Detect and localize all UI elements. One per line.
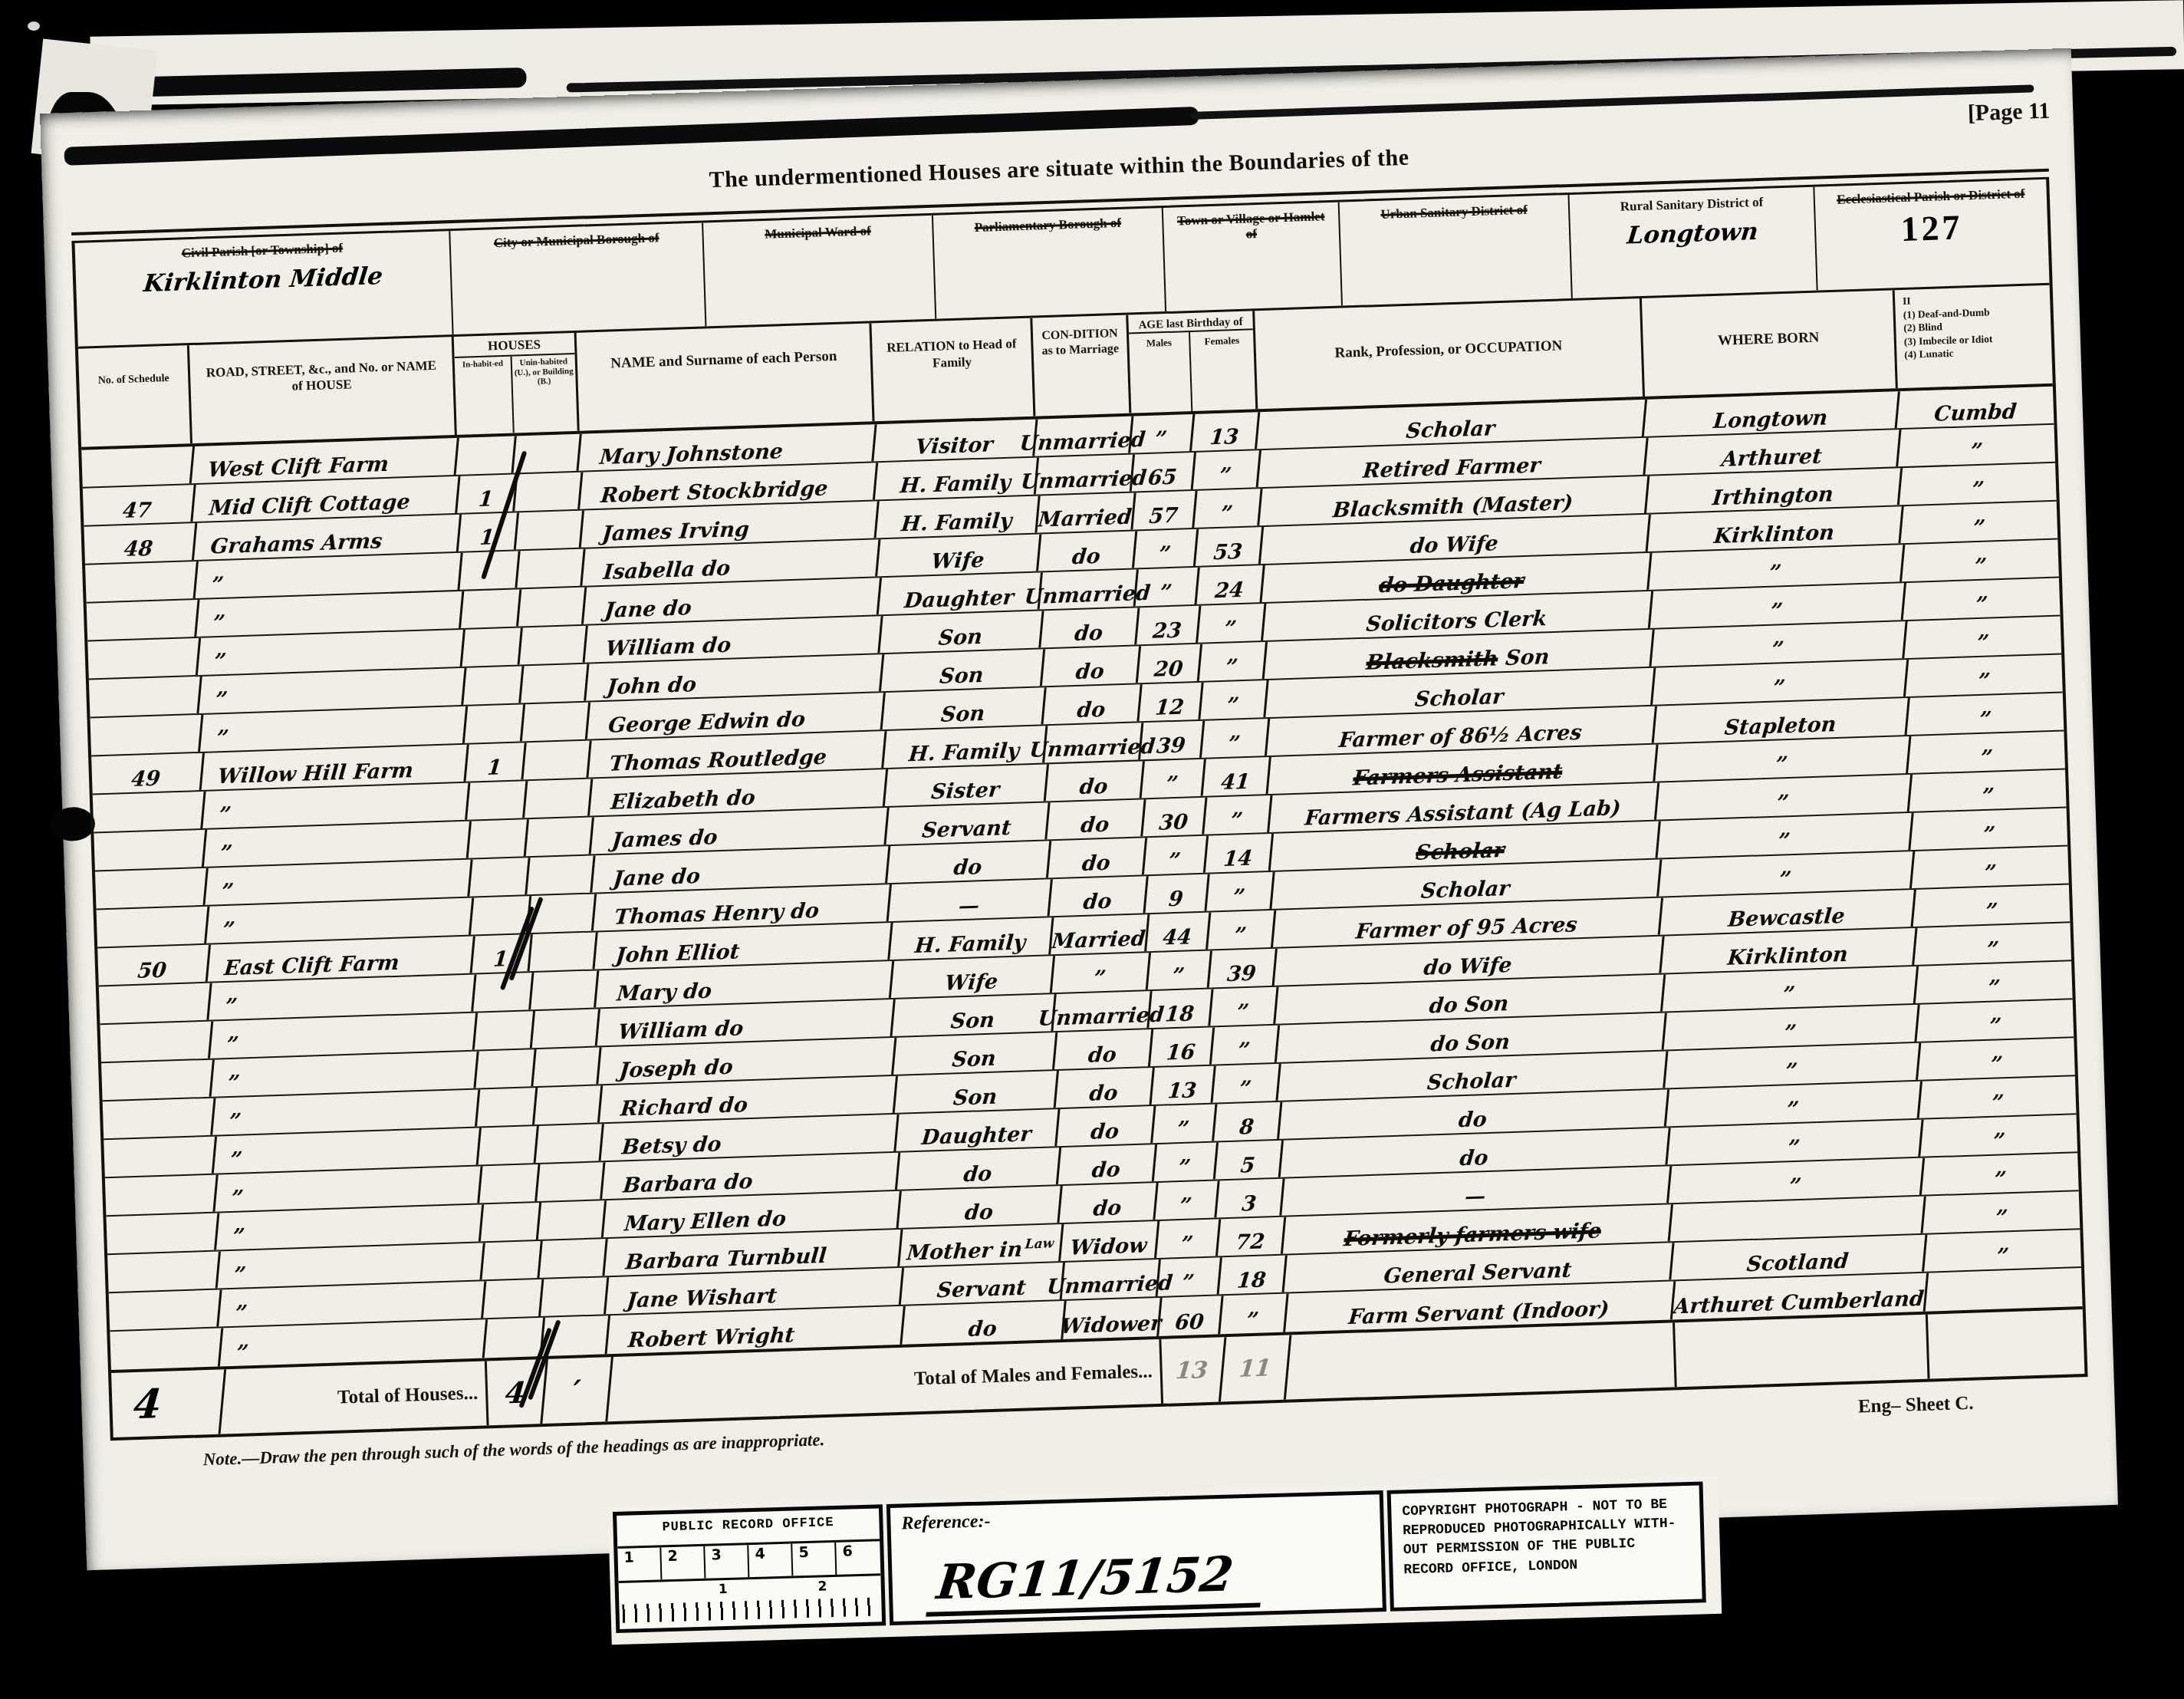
cell-age-female: ” [1202,719,1270,758]
cell-relation: Daughter [896,1109,1060,1151]
cell-where-born: ” [1666,1082,1923,1127]
cell-age-male: ” [1136,568,1200,607]
cell-age-male: 60 [1159,1296,1223,1336]
cell-schedule [84,561,199,602]
ruler-inch-number: 3 [705,1545,749,1579]
cell-uninhabited [527,855,595,894]
header-age: AGE last Birthday of Males Females [1128,311,1258,413]
cell-schedule: 49 [90,753,205,794]
total-uninhabited: ′ [542,1357,613,1424]
cell-relation: Son [893,1032,1057,1075]
cell-infirmity [1926,1268,2084,1312]
cell-relation: do [887,841,1051,883]
copyright-text: COPYRIGHT PHOTOGRAPH - NOT TO BE REPRODU… [1391,1486,1702,1581]
total-males: 13 [1159,1337,1227,1404]
district-box: Urban Sanitary District of [1340,195,1573,306]
district-box-label: Rural Sanitary District of [1569,187,1814,217]
cell-uninhabited [523,740,591,779]
cell-inhabited [469,858,530,897]
reference-stamp: Reference:- RG11/5152 [886,1490,1386,1625]
cell-infirmity: ” [1913,884,2071,927]
cell-age-female: 72 [1218,1217,1286,1256]
cell-schedule [95,907,209,947]
cell-relation: Daughter [879,572,1043,614]
cell-inhabited [456,436,517,475]
cell-age-male: ” [1153,1104,1217,1143]
cell-where-born: ” [1669,1158,1925,1203]
cell-age-female: ” [1210,987,1278,1026]
header-houses-sub: In-habit-ed Unin-habited (U.), or Buildi… [455,354,577,435]
cell-condition: Married [1037,492,1136,532]
cell-condition: Unmarried [1062,1259,1161,1299]
cell-relation: Son [883,687,1047,729]
cell-where-born: Stapleton [1654,698,1910,743]
cell-schedule [107,1289,222,1330]
cell-age-male: 16 [1150,1027,1215,1066]
cell-condition: Unmarried [1044,723,1143,762]
cell-address: ” [216,1204,484,1250]
cell-address: ” [202,783,470,828]
cell-uninhabited [525,779,593,818]
header-females: Females [1190,330,1255,411]
cell-inhabited [465,704,525,743]
cell-schedule [87,638,201,679]
cell-relation: Wife [891,956,1055,998]
cell-age-female: 41 [1203,757,1271,796]
cell-infirmity: ” [1922,1153,2080,1195]
cell-condition: Unmarried [1053,991,1152,1031]
ruler-cm-number: 2 [817,1579,827,1594]
cell-inhabited [477,1088,538,1127]
cell-condition: do [1046,761,1145,801]
cell-inhabited [485,1318,545,1358]
cell-uninhabited [529,932,597,971]
cell-address: ” [212,1089,480,1134]
cell-schedule [97,983,212,1024]
cell-schedule: 50 [97,945,211,986]
cell-where-born: ” [1655,736,1911,782]
header-infirmity: II (1) Deaf-and-Dumb (2) Blind (3) Imbec… [1895,285,2053,388]
cell-relation: Son [895,1071,1059,1113]
cell-uninhabited [531,970,599,1009]
cell-uninhabited [522,702,590,741]
cell-where-born: ” [1665,1043,1921,1088]
district-box: Town or Village or Hamlet of [1163,202,1343,311]
cell-age-male: 65 [1132,453,1196,492]
total-houses-label: Total of Houses... [222,1361,489,1434]
cell-relation: Servant [886,802,1050,845]
cell-condition: Unmarried [1034,416,1133,456]
cell-inhabited: 1 [465,742,526,782]
cell-relation: Mother inLaw [900,1224,1064,1266]
ruler-ticks [622,1597,879,1622]
district-box-label: Ecclesiastical Parish or District of [1814,179,2047,209]
cell-schedule [85,600,199,640]
cell-address: ” [214,1128,482,1173]
cell-infirmity: ” [1906,654,2064,696]
footnote: Note.—Draw the pen through such of the w… [202,1430,824,1471]
cell-relation: Son [881,649,1045,691]
header-road: ROAD, STREET, &c., and No. or NAME of HO… [189,337,457,443]
cell-inhabited: 1 [459,512,519,552]
cell-infirmity: ” [1900,502,2058,544]
district-box-value [1340,224,1569,232]
cell-relation: Sister [885,764,1049,806]
cell-age-male: ” [1142,759,1206,798]
cell-inhabited [482,1241,542,1280]
cell-address: Mid Clift Cottage [192,476,460,522]
cell-schedule [109,1328,223,1370]
cell-condition: do [1054,1029,1153,1069]
census-rows: West Clift Farm Mary Johnstone Visitor U… [81,387,2082,1370]
cell-age-male: 23 [1136,606,1201,645]
cell-address: ” [212,1051,479,1096]
cell-uninhabited [534,1085,603,1124]
district-box: Civil Parish [or Township] of Kirklinton… [74,231,453,347]
cell-address: ” [205,860,472,905]
header-relation: RELATION to Head of Family [871,318,1035,422]
reference-label: Reference:- [901,1511,991,1534]
total-males-females-label: Total of Males and Females... [610,1339,1163,1421]
cell-schedule [107,1251,221,1292]
cell-where-born: ” [1659,851,1915,897]
cell-relation: Visitor [873,419,1038,461]
cell-schedule: 47 [81,485,196,525]
cell-condition: do [1042,646,1141,686]
cell-where-born: Arthuret [1645,430,1901,475]
cell-uninhabited [538,1200,607,1240]
cell-relation: do [902,1301,1066,1345]
header-occupation: Rank, Profession, or OCCUPATION [1255,298,1645,409]
cell-address: ” [196,591,464,637]
cell-where-born: Irthington [1646,468,1903,513]
cell-condition: Married [1051,914,1150,954]
cell-address: ” [206,898,474,943]
cell-where-born: ” [1653,660,1909,705]
cell-uninhabited [526,817,594,856]
district-box-value [704,245,932,252]
cell-age-female: 3 [1216,1179,1284,1218]
cell-inhabited [461,589,521,628]
cell-condition: do [1041,607,1140,647]
cell-infirmity: ” [1918,1038,2076,1080]
cell-infirmity: Cumbd [1897,387,2055,429]
cell-relation: H. Family [883,726,1048,768]
header-males: Males [1129,332,1192,413]
total-schedules: 4 [110,1369,227,1437]
cell-schedule [87,677,202,717]
cell-age-male: ” [1134,529,1199,568]
cell-relation: H. Family [876,496,1040,538]
cell-inhabited [467,781,528,820]
cell-schedule [93,830,207,871]
cell-infirmity: ” [1898,425,2056,467]
cell-condition: do [1059,1183,1158,1223]
header-condition: CON-DITION as to Marriage [1032,315,1131,417]
cell-age-female: ” [1206,872,1275,911]
cell-address: East Clift Farm [208,936,475,981]
cell-age-male: 9 [1145,874,1209,914]
cell-inhabited [462,627,523,667]
header-houses: HOUSES In-habit-ed Unin-habited (U.), or… [454,333,580,435]
ruler-inch-number: 6 [836,1541,880,1575]
cell-address: ” [200,706,468,752]
cell-uninhabited [520,626,588,665]
cell-age-male: ” [1130,414,1195,453]
cell-relation: do [899,1186,1063,1228]
cell-infirmity: ” [1912,846,2070,888]
cell-inhabited [479,1164,540,1203]
header-schedule: No. of Schedule [78,345,192,447]
cell-inhabited [479,1126,539,1165]
cell-age-female: ” [1194,489,1262,528]
cell-age-female: ” [1212,1064,1281,1103]
cell-age-female: 24 [1197,565,1265,604]
cell-schedule [94,868,209,909]
ruler-inch-number: 1 [617,1547,662,1581]
ruler-cm-row: 1 2 [619,1576,882,1626]
cell-inhabited [469,819,529,858]
cell-age-female: ” [1204,795,1272,835]
district-box-label: Town or Village or Hamlet of [1163,202,1339,245]
cell-uninhabited [518,588,587,627]
district-box-label: City or Municipal Borough of [450,222,702,252]
cell-condition: Widower [1063,1298,1162,1339]
cell-where-born: ” [1649,545,1905,590]
cell-inhabited [483,1279,544,1319]
district-box-value: Kirklinton Middle [74,260,452,300]
cell-condition: do [1043,684,1142,724]
cell-where-born: ” [1663,966,1919,1012]
district-box-label: Municipal Ward of [703,216,932,245]
cell-where-born: ” [1667,1120,1923,1165]
cell-schedule [103,1137,217,1177]
pro-ruler-stamp: PUBLIC RECORD OFFICE 123456 1 2 [613,1504,886,1633]
cell-age-male: ” [1155,1180,1219,1220]
cell-where-born: ” [1656,775,1913,820]
cell-where-born: ” [1651,621,1907,667]
cell-age-male: ” [1158,1257,1222,1296]
cell-infirmity: ” [1916,999,2074,1042]
cell-address: ” [199,668,466,713]
district-box-label: Parliamentary Borough of [933,208,1163,237]
district-box-label: Urban Sanitary District of [1340,195,1569,224]
cell-condition: do [1050,876,1149,916]
cell-uninhabited [515,472,583,512]
cell-age-female: 39 [1209,949,1278,988]
cell-address: ” [198,630,465,675]
cell-condition: do [1057,1106,1156,1146]
cell-age-male: ” [1144,836,1209,875]
cell-uninhabited [536,1124,604,1163]
cell-age-female: ” [1200,680,1268,719]
district-box-value [934,237,1163,245]
cell-uninhabited [541,1277,609,1316]
total-females: 11 [1221,1335,1292,1401]
ink-smear [1191,84,2034,120]
cell-age-female: ” [1208,910,1276,950]
cell-condition: ” [1052,953,1151,993]
cell-age-male: ” [1156,1219,1221,1258]
cell-where-born: ” [1664,1005,1920,1050]
ink-smear [97,67,526,98]
cell-schedule [89,715,203,756]
cell-infirmity: ” [1908,731,2066,773]
census-sheet: The undermentioned Houses are situate wi… [40,48,2118,1571]
cell-condition: do [1048,838,1147,877]
district-box: Rural Sanitary District of Longtown [1569,187,1817,298]
cell-condition: Unmarried [1040,569,1139,609]
cell-address: ” [196,553,463,598]
cell-relation: Wife [877,534,1041,576]
header-inhabited: In-habit-ed [455,357,515,435]
cell-relation: Servant [901,1263,1065,1305]
cell-age-male: 13 [1152,1065,1216,1105]
cell-condition: do [1058,1144,1157,1184]
total-empty [1288,1322,1676,1399]
district-box: Municipal Ward of [703,216,936,327]
cell-schedule [91,792,206,832]
cell-age-male: 39 [1140,721,1205,760]
total-empty [1928,1309,2085,1378]
cell-address: ” [218,1243,485,1288]
cell-condition: do [1056,1068,1155,1108]
sheet-label: Eng– Sheet C. [1858,1393,1975,1418]
cell-relation: Son [892,994,1056,1036]
ink-blot [50,806,95,841]
cell-age-female: 18 [1219,1256,1288,1295]
cell-address: Willow Hill Farm [202,745,469,790]
reference-number: RG11/5152 [926,1545,1267,1616]
dust-speck [28,21,40,31]
cell-condition: Widow [1061,1221,1159,1261]
cell-infirmity: ” [1899,463,2057,505]
cell-infirmity: ” [1909,769,2067,812]
district-box: City or Municipal Borough of [450,222,706,334]
cell-where-born: Scotland [1671,1235,1927,1280]
cell-age-male: 18 [1149,989,1213,1028]
district-box: Parliamentary Borough of [933,208,1166,319]
cell-age-female: ” [1193,450,1261,489]
ruler-cm-number: 1 [719,1582,728,1597]
ruler-inch-number: 2 [661,1546,706,1580]
cell-age-male: 30 [1143,798,1207,837]
cell-infirmity: ” [1910,808,2068,850]
cell-uninhabited [532,1009,600,1048]
cell-age-male: ” [1154,1142,1219,1181]
cell-age-female: ” [1212,1026,1280,1065]
cell-uninhabited [537,1162,605,1201]
cell-relation: do [897,1147,1061,1190]
cell-schedule [101,1098,215,1139]
cell-condition: Unmarried [1036,454,1135,494]
cell-age-female: ” [1198,604,1266,643]
cell-address: ” [204,822,472,867]
ruler-inch-number: 5 [792,1543,837,1576]
cell-age-female: ” [1220,1293,1288,1334]
cell-age-female: ” [1199,642,1268,681]
header-name: NAME and Surname of each Person [577,323,875,430]
header-age-sub: Males Females [1129,328,1255,413]
district-box-value [1165,247,1340,252]
cell-infirmity: ” [1924,1230,2082,1272]
cell-address: ” [209,974,476,1019]
photograph-stage: The undermentioned Houses are situate wi… [0,0,2184,1699]
cell-age-male: 20 [1138,644,1202,683]
cell-infirmity: ” [1902,540,2060,582]
cell-age-male: ” [1148,950,1212,989]
district-box-value: Longtown [1569,216,1816,252]
header-where-born: WHERE BORN [1642,290,1898,397]
cell-where-born: Bewcastle [1660,890,1916,935]
district-box-value: 127 [1815,204,2048,252]
cell-where-born: Longtown [1644,391,1900,436]
cell-address: ” [210,1012,478,1058]
cell-relation: Son [880,611,1044,653]
cell-uninhabited [517,549,585,588]
cell-uninhabited [539,1239,607,1278]
cell-schedule [99,1022,213,1062]
cell-condition: do [1047,799,1146,839]
total-empty [1675,1315,1930,1388]
cell-uninhabited [516,511,584,550]
cell-age-male: 12 [1139,683,1203,722]
cell-age-female: 53 [1196,527,1264,566]
cell-infirmity: ” [1903,578,2061,620]
cell-address: West Clift Farm [192,438,459,483]
cell-infirmity: ” [1906,693,2064,735]
cell-uninhabited [533,1047,601,1086]
cell-infirmity: ” [1916,961,2074,1003]
cell-inhabited [475,1049,536,1088]
copyright-stamp: COPYRIGHT PHOTOGRAPH - NOT TO BE REPRODU… [1387,1481,1706,1611]
cell-condition: do [1038,531,1137,571]
cell-schedule [104,1174,218,1215]
cell-relation: H. Family [875,457,1039,499]
cell-where-born: Kirklinton [1661,928,1917,973]
ruler-inch-number: 4 [748,1544,793,1578]
cell-inhabited [481,1203,541,1242]
cell-address: Grahams Arms [194,515,462,560]
cell-age-female: 8 [1214,1102,1282,1141]
cell-age-female: 13 [1192,412,1260,451]
cell-address: ” [215,1166,482,1211]
cell-address: ” [219,1281,486,1326]
cell-schedule: 48 [83,523,197,564]
cell-infirmity: ” [1914,923,2072,965]
cell-schedule [100,1060,215,1101]
cell-where-born: ” [1658,813,1914,858]
cell-age-male: 57 [1133,491,1197,530]
cell-schedule [105,1213,219,1253]
cell-infirmity: ” [1904,616,2062,658]
cell-where-born [1670,1197,1926,1242]
cell-infirmity: ” [1923,1191,2080,1233]
cell-relation: — [889,879,1053,921]
cell-infirmity: ” [1920,1115,2078,1157]
cell-where-born: Kirklinton [1648,506,1904,552]
district-box-value [451,252,702,261]
census-form: Civil Parish [or Township] of Kirklinton… [71,177,2087,1441]
district-box-label: Civil Parish [or Township] of [74,231,449,265]
cell-where-born: ” [1650,583,1906,628]
page-number-label: [Page 11 [1967,98,2051,127]
cell-age-female: 14 [1205,834,1274,873]
cell-inhabited [475,1011,535,1050]
district-box: Ecclesiastical Parish or District of 127 [1814,179,2049,291]
cell-relation: H. Family [890,917,1054,960]
cell-infirmity: ” [1919,1076,2077,1118]
